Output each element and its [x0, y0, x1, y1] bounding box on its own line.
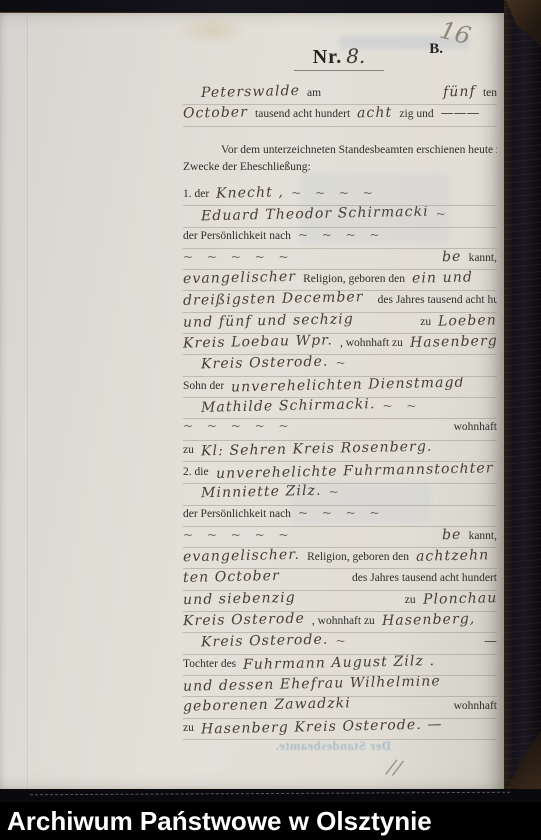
book-binding-right [504, 0, 541, 802]
form-line: ~ ~ ~ ~ ~bekannt, [183, 527, 497, 548]
printed-text: kannt, [469, 252, 497, 264]
form-line: Kreis Osterode.~— [183, 633, 497, 654]
form-line: 2. dieunverehelichte Fuhrmannstochter . [183, 463, 497, 484]
pen-stroke: ~ ~ ~ ~ [298, 228, 497, 242]
printed-text: tausend acht hundert [255, 108, 350, 120]
printed-text: des Jahres tausend acht hundert [352, 572, 497, 584]
printed-text: am [307, 87, 321, 99]
handwritten-text: Kl: Sehren Kreis Rosenberg. [201, 441, 433, 459]
handwritten-text: Kreis Loebau Wpr. [183, 334, 333, 352]
form-line: zuKl: Sehren Kreis Rosenberg. [183, 441, 497, 462]
form-line: und siebenzigzuPlonchau [183, 591, 497, 612]
handwritten-text: Loeben [438, 313, 497, 330]
form-line: Kreis Osterode.~ [183, 355, 497, 376]
printed-text: ten [483, 87, 497, 99]
groom-entry-block: 1. derKnecht ,~ ~ ~ ~Eduard Theodor Schi… [183, 185, 497, 462]
archive-caption-bar: Archiwum Państwowe w Olsztynie [0, 802, 541, 840]
form-line: der Persönlichkeit nach~ ~ ~ ~ [183, 228, 497, 249]
printed-text: zig und [399, 108, 433, 120]
printed-text: wohnhaft [454, 700, 497, 712]
form-line: und fünf und sechzigzuLoeben [183, 313, 497, 334]
bleed-through-text: Der Standesbeamte. [248, 739, 418, 754]
handwritten-text: und dessen Ehefrau Wilhelmine [183, 676, 441, 695]
form-line: Tochter desFuhrmann August Zilz . [183, 655, 497, 676]
pen-stroke: ~ ~ ~ ~ ~ [183, 419, 447, 433]
printed-text: kannt, [469, 530, 497, 542]
printed-text: Religion, geboren den [307, 551, 409, 563]
form-line: Sohn derunverehelichten Dienstmagd [183, 377, 497, 398]
date-place-block: PeterswaldeamfünftenOctobertausend acht … [183, 84, 497, 127]
printed-text: wohnhaft [454, 421, 497, 433]
pen-stroke: ~ [329, 485, 497, 499]
pen-stroke: ~ ~ ~ ~ [291, 186, 497, 200]
record-number-heading: Nr.8. [183, 44, 495, 71]
printed-text: zu [183, 444, 194, 456]
form-line: Eduard Theodor Schirmacki~ [183, 206, 497, 227]
printed-text: 1. der [183, 188, 209, 200]
handwritten-text: acht [357, 105, 393, 121]
handwritten-text: ten October [183, 569, 280, 586]
book-binding-bottom [0, 789, 541, 802]
form-line: evangelischer.Religion, geboren denachtz… [183, 548, 497, 569]
intro-clause-block: Vor dem unterzeichneten Standesbeamten e… [183, 144, 497, 177]
handwritten-text: Kreis Osterode [183, 612, 305, 629]
printed-text: Zwecke der Eheschließung: [183, 161, 311, 173]
printed-text: des Jahres tausend acht hundert [378, 294, 497, 306]
form-line: und dessen Ehefrau Wilhelmine [183, 676, 497, 697]
handwritten-text: geborenen Zawadzki [183, 697, 351, 715]
record-number-value: 8. [342, 44, 365, 68]
pen-stroke: — [484, 634, 497, 649]
pencil-check-mark: // [386, 754, 403, 780]
pen-stroke: ~ [335, 634, 477, 648]
handwritten-text: Peterswalde [201, 84, 300, 101]
heading-underline [294, 70, 384, 71]
printed-text: Religion, geboren den [303, 273, 405, 285]
printed-text: zu [183, 722, 194, 734]
form-line: Kreis Osterode, wohnhaft zuHasenberg, [183, 612, 497, 633]
handwritten-text: Minniette Zilz. [201, 484, 322, 501]
printed-text: Tochter des [183, 658, 236, 670]
printed-text: zu [405, 594, 416, 606]
register-page: B. 16 Nr.8. PeterswaldeamfünftenOctobert… [0, 13, 505, 789]
form-line: evangelischerReligion, geboren denein un… [183, 270, 497, 291]
handwritten-text: unverehelichten Dienstmagd [231, 377, 465, 395]
handwritten-text: be [442, 527, 462, 543]
handwritten-text: Hasenberg, [382, 612, 476, 629]
form-line: Zwecke der Eheschließung: [183, 161, 497, 178]
form-line: Minniette Zilz.~ [183, 484, 497, 505]
pen-stroke: ~ ~ ~ ~ [298, 506, 497, 520]
handwritten-text: Fuhrmann August Zilz . [243, 655, 435, 673]
handwritten-text: und siebenzig [183, 591, 296, 608]
handwritten-text: be [442, 249, 462, 265]
printed-text: der Persönlichkeit nach [183, 508, 291, 520]
pen-stroke: ——— [441, 106, 480, 121]
archive-caption: Archiwum Państwowe w Olsztynie [0, 802, 541, 840]
form-line: Vor dem unterzeichneten Standesbeamten e… [183, 144, 497, 161]
archival-scan-page: B. 16 Nr.8. PeterswaldeamfünftenOctobert… [0, 0, 541, 840]
pen-stroke: ~ [335, 356, 497, 370]
printed-text: 2. die [183, 466, 209, 478]
form-line: geborenen Zawadzkiwohnhaft [183, 697, 497, 718]
page-edges-line [30, 792, 510, 798]
handwritten-text: dreißigsten December [183, 291, 364, 309]
form-line: der Persönlichkeit nach~ ~ ~ ~ [183, 506, 497, 527]
handwritten-text: evangelischer [183, 270, 296, 287]
form-line: ~ ~ ~ ~ ~wohnhaft [183, 419, 497, 440]
handwritten-text: evangelischer. [183, 548, 300, 565]
printed-text: Vor dem unterzeichneten Standesbeamten e… [221, 144, 497, 156]
handwritten-text: Kreis Osterode. [201, 633, 329, 650]
pen-stroke: ~ ~ ~ ~ ~ [183, 528, 435, 542]
handwritten-text: Hasenberg Kreis Osterode. — [201, 719, 443, 738]
handwritten-text: und fünf und sechzig [183, 313, 354, 331]
pen-stroke: ~ [436, 207, 497, 221]
book-binding-top [0, 0, 541, 13]
form-line: Octobertausend acht hundertachtzig und——… [183, 105, 497, 126]
paper-stain [178, 15, 248, 45]
pen-stroke: ~ ~ ~ ~ ~ [183, 250, 435, 264]
form-line: dreißigsten Decemberdes Jahres tausend a… [183, 291, 497, 312]
handwritten-text: October [183, 105, 248, 122]
form-line: 1. derKnecht ,~ ~ ~ ~ [183, 185, 497, 206]
pen-stroke: ~ ~ [382, 399, 497, 413]
page-fold-line [27, 13, 29, 789]
form-line: ten Octoberdes Jahres tausend acht hunde… [183, 569, 497, 590]
handwritten-text: Mathilde Schirmacki. [201, 398, 376, 416]
form-line: Peterswaldeamfünften [183, 84, 497, 105]
handwritten-text: fünf [443, 84, 476, 100]
printed-text: , wohnhaft zu [312, 615, 375, 627]
printed-text: Sohn der [183, 380, 224, 392]
handwritten-text: ein und [412, 270, 473, 287]
handwritten-text: Knecht , [216, 185, 284, 202]
printed-text: zu [420, 316, 431, 328]
printed-text: der Persönlichkeit nach [183, 230, 291, 242]
form-line: Mathilde Schirmacki.~ ~ [183, 398, 497, 419]
form-line: zuHasenberg Kreis Osterode. — [183, 719, 497, 740]
record-number-label: Nr. [313, 46, 342, 68]
form-line: ~ ~ ~ ~ ~bekannt, [183, 249, 497, 270]
handwritten-text: Eduard Theodor Schirmacki [201, 206, 429, 224]
form-line: Kreis Loebau Wpr., wohnhaft zuHasenberg [183, 334, 497, 355]
printed-text: , wohnhaft zu [340, 337, 403, 349]
handwritten-text: achtzehn [416, 548, 490, 565]
handwritten-text: Hasenberg [410, 334, 497, 351]
bride-entry-block: 2. dieunverehelichte Fuhrmannstochter .M… [183, 463, 497, 740]
handwritten-text: unverehelichte Fuhrmannstochter . [215, 463, 497, 482]
handwritten-text: Plonchau [422, 591, 497, 608]
handwritten-text: Kreis Osterode. [201, 355, 329, 372]
